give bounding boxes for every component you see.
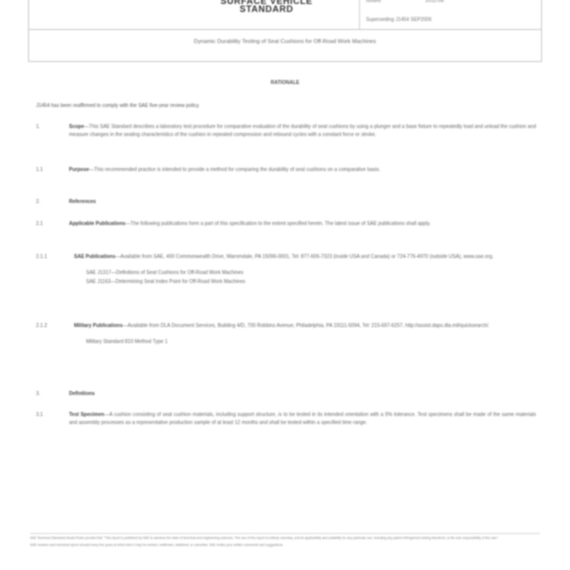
section-number: 3.1 <box>36 411 60 419</box>
section-number: 2.1 <box>36 220 60 228</box>
reference-item: SAE J1317—Definitions of Seat Cushions f… <box>86 269 536 277</box>
footer-notice: SAE Technical Standards Board Rules prov… <box>30 533 540 547</box>
meta-key: Superseding <box>366 17 394 23</box>
reference-item: Military Standard 810 Method Type 1 <box>86 338 536 346</box>
footer-line: SAE Technical Standards Board Rules prov… <box>30 536 540 541</box>
section-text: —Available from DLA Document Services, B… <box>123 323 490 329</box>
section-applicable-publications: 2.1 Applicable Publications—The followin… <box>36 220 536 228</box>
footer-line: SAE reviews each technical report at lea… <box>30 543 540 548</box>
meta-key: Issued <box>366 0 424 4</box>
section-number: 2.1.2 <box>36 322 60 330</box>
rationale-heading: RATIONALE <box>0 80 570 86</box>
section-text: —Available from SAE, 400 Commonwealth Dr… <box>115 254 493 260</box>
meta-value: J1454 SEP2006 <box>395 17 431 23</box>
meta-superseding: Superseding J1454 SEP2006 <box>366 17 432 23</box>
section-definitions: 3. Definitions <box>36 390 536 398</box>
header-box: SURFACE VEHICLE STANDARD Issued 2012-08 … <box>28 0 542 62</box>
section-heading: Scope <box>69 124 84 130</box>
section-military-publications: 2.1.2 Military Publications—Available fr… <box>36 322 536 347</box>
section-heading: SAE Publications <box>74 254 115 260</box>
section-heading: Definitions <box>69 391 95 397</box>
section-heading: Test Specimen <box>69 412 104 418</box>
section-number: 2.1.1 <box>36 253 60 261</box>
section-test-specimen: 3.1 Test Specimen—A cushion consisting o… <box>36 411 536 428</box>
section-number: 1. <box>36 123 60 131</box>
reference-item: SAE J1163—Determining Seat Index Point f… <box>86 278 536 286</box>
section-heading: References <box>69 199 96 205</box>
intro-text: J1454 has been reaffirmed to comply with… <box>36 103 200 109</box>
section-number: 1.1 <box>36 166 60 174</box>
header-top: SURFACE VEHICLE STANDARD Issued 2012-08 … <box>29 0 541 30</box>
document-title: Dynamic Durability Testing of Seat Cushi… <box>29 39 541 45</box>
meta-value: 2012-08 <box>425 0 443 4</box>
section-text: —This recommended practice is intended t… <box>89 167 380 173</box>
section-heading: Military Publications <box>74 323 123 329</box>
section-number: 2. <box>36 198 60 206</box>
section-heading: Applicable Publications <box>69 221 125 227</box>
section-text: —A cushion consisting of seat cushion ma… <box>69 412 536 426</box>
section-purpose: 1.1 Purpose—This recommended practice is… <box>36 166 536 174</box>
meta-box: Issued 2012-08 Superseding J1454 SEP2006 <box>359 0 542 29</box>
section-sae-publications: 2.1.1 SAE Publications—Available from SA… <box>36 253 536 286</box>
section-references: 2. References <box>36 198 536 206</box>
meta-issued: Issued 2012-08 <box>366 0 444 4</box>
section-text: —This SAE Standard describes a laborator… <box>69 124 536 138</box>
section-heading: Purpose <box>69 167 89 173</box>
standard-label: SURFACE VEHICLE STANDARD <box>219 0 314 5</box>
document-page: SURFACE VEHICLE STANDARD Issued 2012-08 … <box>0 0 570 570</box>
section-number: 3. <box>36 390 60 398</box>
section-text: —The following publications form a part … <box>125 221 430 227</box>
section-scope: 1. Scope—This SAE Standard describes a l… <box>36 123 536 140</box>
